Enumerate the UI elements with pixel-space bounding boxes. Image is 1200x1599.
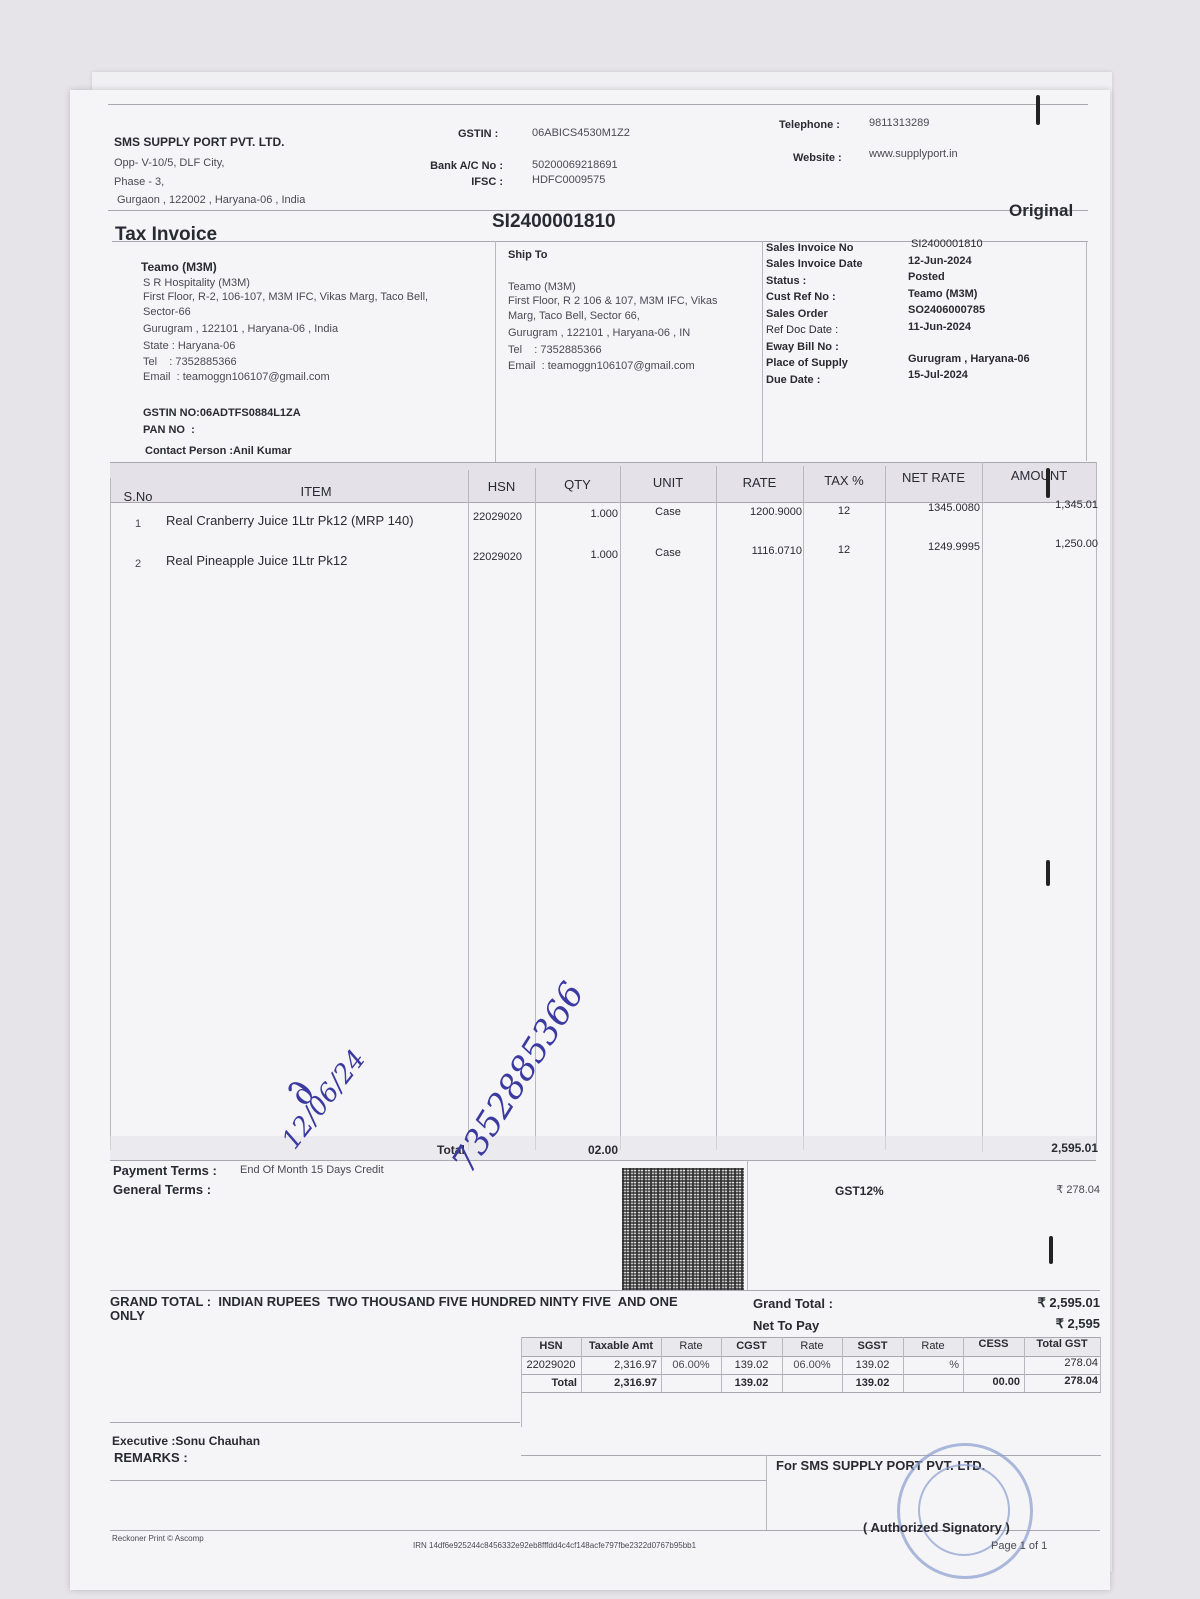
cell-tax: 12 bbox=[803, 544, 885, 556]
cell-unit: Case bbox=[620, 506, 716, 518]
tax-cell: 22029020 bbox=[521, 1359, 581, 1371]
ifsc-code: HDFC0009575 bbox=[532, 174, 605, 186]
bank-account: 50200069218691 bbox=[532, 159, 618, 171]
scan-mark bbox=[1049, 1236, 1053, 1264]
seller-name: SMS SUPPLY PORT PVT. LTD. bbox=[114, 135, 284, 149]
grand-total-label: Grand Total : bbox=[753, 1296, 833, 1311]
ship-to-line: First Floor, R 2 106 & 107, M3M IFC, Vik… bbox=[508, 295, 717, 307]
col-header: NET RATE bbox=[885, 470, 982, 485]
executive-name: Executive :Sonu Chauhan bbox=[112, 1434, 260, 1448]
col-header: AMOUNT bbox=[982, 468, 1096, 483]
info-label: Place of Supply bbox=[766, 357, 848, 369]
info-label: Sales Order bbox=[766, 308, 828, 320]
cell-item: Real Cranberry Juice 1Ltr Pk12 (MRP 140) bbox=[166, 513, 414, 528]
cell-item: Real Pineapple Juice 1Ltr Pk12 bbox=[166, 553, 347, 568]
bill-to-line: S R Hospitality (M3M) bbox=[143, 277, 250, 289]
cell-sno: 1 bbox=[112, 518, 164, 530]
tax-col-header: SGST bbox=[842, 1340, 903, 1352]
info-label: Ref Doc Date : bbox=[766, 324, 838, 336]
website-label: Website : bbox=[793, 152, 842, 164]
col-header: TAX % bbox=[803, 473, 885, 488]
copy-label: Original bbox=[1009, 201, 1073, 221]
tax-col-header: CESS bbox=[963, 1338, 1024, 1350]
info-value: Posted bbox=[908, 271, 945, 283]
payment-terms-label: Payment Terms : bbox=[113, 1163, 217, 1178]
col-header: ITEM bbox=[164, 484, 468, 499]
total-qty: 02.00 bbox=[588, 1143, 618, 1157]
gst-rate-label: GST12% bbox=[835, 1184, 884, 1198]
bill-to-gstin: GSTIN NO:06ADTFS0884L1ZA bbox=[143, 407, 301, 419]
ship-to-line: Gurugram , 122101 , Haryana-06 , IN bbox=[508, 327, 690, 339]
info-value: 12-Jun-2024 bbox=[908, 255, 972, 267]
invoice-number: SI2400001810 bbox=[492, 211, 616, 233]
tax-col-header: Rate bbox=[782, 1340, 842, 1352]
tax-col-header: Rate bbox=[903, 1340, 963, 1352]
tax-col-header: Taxable Amt bbox=[581, 1340, 661, 1352]
cell-rate: 1200.9000 bbox=[720, 506, 802, 518]
bill-to-pan: PAN NO : bbox=[143, 424, 195, 436]
cell-net-rate: 1249.9995 bbox=[888, 541, 980, 553]
tax-cell: 278.04 bbox=[1024, 1357, 1098, 1369]
qr-code bbox=[622, 1168, 744, 1290]
total-amount: 2,595.01 bbox=[985, 1141, 1098, 1155]
cell-net-rate: 1345.0080 bbox=[888, 502, 980, 514]
info-value: SI2400001810 bbox=[911, 238, 983, 250]
bank-label: Bank A/C No : bbox=[400, 160, 503, 172]
cell-tax: 12 bbox=[803, 505, 885, 517]
cell-unit: Case bbox=[620, 547, 716, 559]
info-label: Sales Invoice Date bbox=[766, 258, 863, 270]
info-label: Eway Bill No : bbox=[766, 341, 839, 353]
tax-total-cell: 2,316.97 bbox=[581, 1377, 657, 1389]
grand-total-words: GRAND TOTAL : INDIAN RUPEES TWO THOUSAND… bbox=[110, 1294, 678, 1309]
cell-qty: 1.000 bbox=[540, 508, 618, 520]
telephone-label: Telephone : bbox=[779, 119, 840, 131]
bill-to-line: Tel : 7352885366 bbox=[143, 356, 237, 368]
scan-mark bbox=[1046, 468, 1050, 498]
bill-to-name: Teamo (M3M) bbox=[141, 260, 217, 274]
info-label: Sales Invoice No bbox=[766, 242, 853, 254]
tax-cell: 139.02 bbox=[842, 1359, 903, 1371]
seller-address-1: Opp- V-10/5, DLF City, bbox=[114, 157, 224, 169]
bill-to-line: First Floor, R-2, 106-107, M3M IFC, Vika… bbox=[143, 291, 428, 303]
cell-amount: 1,250.00 bbox=[985, 538, 1098, 550]
seller-address-3: Gurgaon , 122002 , Haryana-06 , India bbox=[117, 194, 305, 206]
tax-col-header: Total GST bbox=[1024, 1338, 1100, 1350]
ship-to-line: Tel : 7352885366 bbox=[508, 344, 602, 356]
bill-to-line: Email : teamoggn106107@gmail.com bbox=[143, 371, 330, 383]
tax-col-header: HSN bbox=[521, 1340, 581, 1352]
tax-total-cell: 139.02 bbox=[721, 1377, 782, 1389]
cell-qty: 1.000 bbox=[540, 549, 618, 561]
info-label: Due Date : bbox=[766, 374, 820, 386]
info-value: 15-Jul-2024 bbox=[908, 369, 968, 381]
tax-cell: 06.00% bbox=[661, 1359, 721, 1371]
seller-website: www.supplyport.in bbox=[869, 148, 958, 160]
irn-number: IRN 14df6e925244c8456332e92eb8fffdd4c4cf… bbox=[413, 1541, 696, 1550]
info-value: Teamo (M3M) bbox=[908, 288, 977, 300]
ship-to-line: Teamo (M3M) bbox=[508, 281, 576, 293]
gstin-label: GSTIN : bbox=[458, 128, 498, 140]
info-value: SO2406000785 bbox=[908, 304, 985, 316]
cell-hsn: 22029020 bbox=[473, 551, 522, 563]
general-terms-label: General Terms : bbox=[113, 1182, 211, 1197]
grand-total-words-2: ONLY bbox=[110, 1308, 145, 1323]
bill-to-line: Sector-66 bbox=[143, 306, 191, 318]
tax-col-header: CGST bbox=[721, 1340, 782, 1352]
ship-to-line: Email : teamoggn106107@gmail.com bbox=[508, 360, 695, 372]
net-to-pay-value: ₹ 2,595 bbox=[960, 1316, 1100, 1332]
tax-total-cell: 139.02 bbox=[842, 1377, 903, 1389]
col-header: UNIT bbox=[620, 475, 716, 490]
contact-person: Contact Person :Anil Kumar bbox=[145, 445, 292, 457]
payment-terms-value: End Of Month 15 Days Credit bbox=[240, 1164, 384, 1176]
scan-mark bbox=[1036, 95, 1040, 125]
ifsc-label: IFSC : bbox=[400, 176, 503, 188]
cell-rate: 1116.0710 bbox=[720, 545, 802, 557]
bill-to-line: State : Haryana-06 bbox=[143, 340, 235, 352]
tax-cell: % bbox=[903, 1359, 959, 1371]
net-to-pay-label: Net To Pay bbox=[753, 1318, 819, 1333]
ship-to-line: Marg, Taco Bell, Sector 66, bbox=[508, 310, 640, 322]
authorized-signatory: ( Authorized Signatory ) bbox=[863, 1520, 1010, 1535]
seller-telephone: 9811313289 bbox=[869, 117, 929, 129]
col-header: HSN bbox=[468, 479, 535, 494]
seller-gstin: 06ABICS4530M1Z2 bbox=[532, 127, 630, 139]
remarks-label: REMARKS : bbox=[114, 1450, 188, 1465]
grand-total-value: ₹ 2,595.01 bbox=[960, 1295, 1100, 1311]
cell-sno: 2 bbox=[112, 558, 164, 570]
cell-amount: 1,345.01 bbox=[985, 499, 1098, 511]
col-header: RATE bbox=[716, 475, 803, 490]
tax-col-header: Rate bbox=[661, 1340, 721, 1352]
col-header: QTY bbox=[535, 477, 620, 492]
info-label: Status : bbox=[766, 275, 806, 287]
document-title: Tax Invoice bbox=[115, 224, 217, 246]
ship-to-heading: Ship To bbox=[508, 249, 548, 261]
scan-mark bbox=[1046, 860, 1050, 886]
gst-amount: ₹ 278.04 bbox=[990, 1183, 1100, 1196]
bill-to-line: Gurugram , 122101 , Haryana-06 , India bbox=[143, 323, 338, 335]
info-value: Gurugram , Haryana-06 bbox=[908, 353, 1030, 365]
info-value: 11-Jun-2024 bbox=[908, 321, 971, 333]
tax-total-cell: Total bbox=[521, 1377, 577, 1389]
tax-cell: 06.00% bbox=[782, 1359, 842, 1371]
info-label: Cust Ref No : bbox=[766, 291, 836, 303]
page-number: Page 1 of 1 bbox=[991, 1540, 1047, 1552]
tax-total-cell: 278.04 bbox=[1024, 1375, 1098, 1387]
company-stamp bbox=[897, 1443, 1033, 1579]
cell-hsn: 22029020 bbox=[473, 511, 522, 523]
printed-by: Reckoner Print © Ascomp bbox=[112, 1534, 204, 1543]
tax-total-cell: 00.00 bbox=[963, 1376, 1020, 1388]
tax-cell: 2,316.97 bbox=[581, 1359, 657, 1371]
tax-cell: 139.02 bbox=[721, 1359, 782, 1371]
seller-address-2: Phase - 3, bbox=[114, 176, 164, 188]
col-header: S.No bbox=[112, 489, 164, 504]
